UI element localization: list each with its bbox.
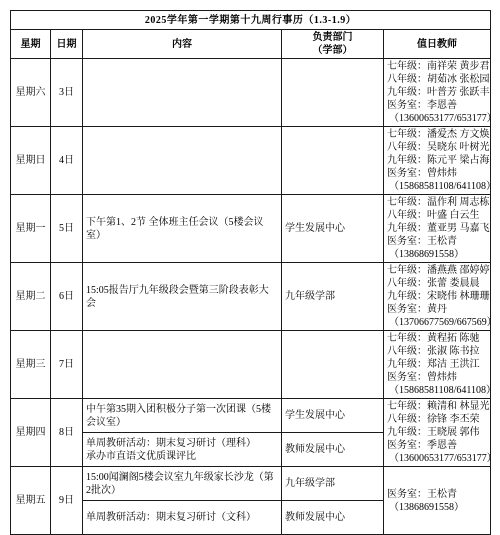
- column-header-department: 负责部门 （学部）: [282, 30, 384, 59]
- teacher-phone-line: （13868691558）: [387, 501, 487, 514]
- teacher-line: 九年级：叶普芳 张跃丰: [387, 86, 487, 99]
- table-row: 星期二6日15:05报告厅九年级段会暨第三阶段表彰大会九年级学部七年级：潘燕燕 …: [11, 263, 491, 331]
- teacher-line: 七年级：潘燕燕 邵婷婷: [387, 264, 487, 277]
- content-cell: 单周教研活动：期末复习研讨（文科）: [83, 501, 282, 535]
- teachers-cell: 七年级：赖清和 林显光八年级：徐锋 李丕荣九年级：王晓展 郭伟医务室：季恩善（1…: [384, 399, 491, 467]
- teacher-line: 医务室：王松青: [387, 488, 487, 501]
- department-cell: [282, 127, 384, 195]
- table-row: 星期日4日七年级：潘爱杰 方文焕八年级：吴晓东 叶树光九年级：陈元平 梁占海医务…: [11, 127, 491, 195]
- header-row: 星期 日期 内容 负责部门 （学部） 值日教师: [11, 30, 491, 59]
- content-cell: 15:05报告厅九年级段会暨第三阶段表彰大会: [83, 263, 282, 331]
- title-row: 2025学年第一学期第十九周行事历（1.3-1.9）: [11, 11, 491, 30]
- table-row: 星期四8日中午第35期入团积极分子第一次团课（5楼会议室）学生发展中心七年级：赖…: [11, 399, 491, 433]
- teacher-line: 九年级：董亚男 马嘉飞: [387, 222, 487, 235]
- department-cell: 学生发展中心: [282, 399, 384, 433]
- table-row: 星期六3日七年级：南祥荣 黄步君八年级：胡茹冰 张松园九年级：叶普芳 张跃丰医务…: [11, 59, 491, 127]
- teacher-line: 七年级：温作利 周志栋: [387, 196, 487, 209]
- weekday-cell: 星期二: [11, 263, 51, 331]
- weekday-cell: 星期三: [11, 331, 51, 399]
- weekday-cell: 星期日: [11, 127, 51, 195]
- department-cell: 教师发展中心: [282, 501, 384, 535]
- teacher-line: 医务室：王松青: [387, 235, 487, 248]
- content-cell: [83, 331, 282, 399]
- table-row: 星期五9日15:00闻澜阁5楼会议室九年级家长沙龙（第2批次）九年级学部医务室：…: [11, 467, 491, 501]
- teachers-cell: 七年级：潘燕燕 邵婷婷八年级：张蕾 娄晨晨九年级：宋晓伟 林珊珊医务室：黄丹（1…: [384, 263, 491, 331]
- teacher-line: 医务室：曾炜炜: [387, 371, 487, 384]
- teacher-phone-line: （13706677569/667569）: [387, 316, 487, 329]
- teacher-phone-line: （15868581108/641108）: [387, 384, 487, 397]
- department-cell: 学生发展中心: [282, 195, 384, 263]
- department-cell: 九年级学部: [282, 467, 384, 501]
- department-cell: 九年级学部: [282, 263, 384, 331]
- date-cell: 6日: [51, 263, 83, 331]
- schedule-table: 2025学年第一学期第十九周行事历（1.3-1.9） 星期 日期 内容 负责部门…: [10, 10, 491, 535]
- teacher-phone-line: （13600653177/653177）: [387, 112, 487, 125]
- weekday-cell: 星期五: [11, 467, 51, 535]
- table-row: 星期三7日七年级：黄程拓 陈驰八年级：张淑 陈书拉九年级：郑洁 王洪江医务室：曾…: [11, 331, 491, 399]
- column-header-weekday: 星期: [11, 30, 51, 59]
- date-cell: 4日: [51, 127, 83, 195]
- column-header-teachers: 值日教师: [384, 30, 491, 59]
- teacher-line: 医务室：李恩善: [387, 99, 487, 112]
- teacher-line: 医务室：黄丹: [387, 303, 487, 316]
- content-cell: 15:00闻澜阁5楼会议室九年级家长沙龙（第2批次）: [83, 467, 282, 501]
- date-cell: 5日: [51, 195, 83, 263]
- weekday-cell: 星期四: [11, 399, 51, 467]
- schedule-table-body: 2025学年第一学期第十九周行事历（1.3-1.9） 星期 日期 内容 负责部门…: [11, 11, 491, 535]
- column-header-date: 日期: [51, 30, 83, 59]
- teacher-line: 八年级：叶盛 白云生: [387, 209, 487, 222]
- teacher-line: 八年级：吴晓东 叶树光: [387, 141, 487, 154]
- teacher-line: 八年级：胡茹冰 张松园: [387, 73, 487, 86]
- teachers-cell: 七年级：温作利 周志栋八年级：叶盛 白云生九年级：董亚男 马嘉飞医务室：王松青（…: [384, 195, 491, 263]
- date-cell: 8日: [51, 399, 83, 467]
- department-cell: [282, 331, 384, 399]
- teacher-line: 九年级：宋晓伟 林珊珊: [387, 290, 487, 303]
- teacher-line: 医务室：季恩善: [387, 439, 487, 452]
- page-title: 2025学年第一学期第十九周行事历（1.3-1.9）: [11, 11, 491, 30]
- content-cell: [83, 127, 282, 195]
- teacher-phone-line: （13600653177/653177）: [387, 452, 487, 465]
- weekday-cell: 星期一: [11, 195, 51, 263]
- teacher-line: 七年级：潘爱杰 方文焕: [387, 128, 487, 141]
- content-cell: 中午第35期入团积极分子第一次团课（5楼会议室）: [83, 399, 282, 433]
- teacher-line: 九年级：王晓展 郭伟: [387, 426, 487, 439]
- content-cell: 单周教研活动：期末复习研讨（理科） 承办市直语文优质课评比: [83, 433, 282, 467]
- page: 2025学年第一学期第十九周行事历（1.3-1.9） 星期 日期 内容 负责部门…: [0, 0, 500, 502]
- table-row: 星期一5日下午第1、2节 全体班主任会议（5楼会议室）学生发展中心七年级：温作利…: [11, 195, 491, 263]
- teacher-line: 八年级：张蕾 娄晨晨: [387, 277, 487, 290]
- teacher-phone-line: （15868581108/641108）: [387, 180, 487, 193]
- teacher-line: 七年级：黄程拓 陈驰: [387, 332, 487, 345]
- date-cell: 3日: [51, 59, 83, 127]
- teacher-phone-line: （13868691558）: [387, 248, 487, 261]
- teacher-line: 医务室：曾炜炜: [387, 167, 487, 180]
- weekday-cell: 星期六: [11, 59, 51, 127]
- department-cell: [282, 59, 384, 127]
- teacher-line: 八年级：张淑 陈书拉: [387, 345, 487, 358]
- teacher-line: 九年级：陈元平 梁占海: [387, 154, 487, 167]
- teacher-line: 八年级：徐锋 李丕荣: [387, 413, 487, 426]
- department-cell: 教师发展中心: [282, 433, 384, 467]
- teacher-line: 九年级：郑洁 王洪江: [387, 358, 487, 371]
- column-header-content: 内容: [83, 30, 282, 59]
- date-cell: 7日: [51, 331, 83, 399]
- date-cell: 9日: [51, 467, 83, 535]
- teachers-cell: 七年级：黄程拓 陈驰八年级：张淑 陈书拉九年级：郑洁 王洪江医务室：曾炜炜（15…: [384, 331, 491, 399]
- content-cell: [83, 59, 282, 127]
- teachers-cell: 七年级：南祥荣 黄步君八年级：胡茹冰 张松园九年级：叶普芳 张跃丰医务室：李恩善…: [384, 59, 491, 127]
- teachers-cell: 七年级：潘爱杰 方文焕八年级：吴晓东 叶树光九年级：陈元平 梁占海医务室：曾炜炜…: [384, 127, 491, 195]
- content-cell: 下午第1、2节 全体班主任会议（5楼会议室）: [83, 195, 282, 263]
- teachers-cell: 医务室：王松青（13868691558）: [384, 467, 491, 535]
- teacher-line: 七年级：赖清和 林显光: [387, 400, 487, 413]
- teacher-line: 七年级：南祥荣 黄步君: [387, 60, 487, 73]
